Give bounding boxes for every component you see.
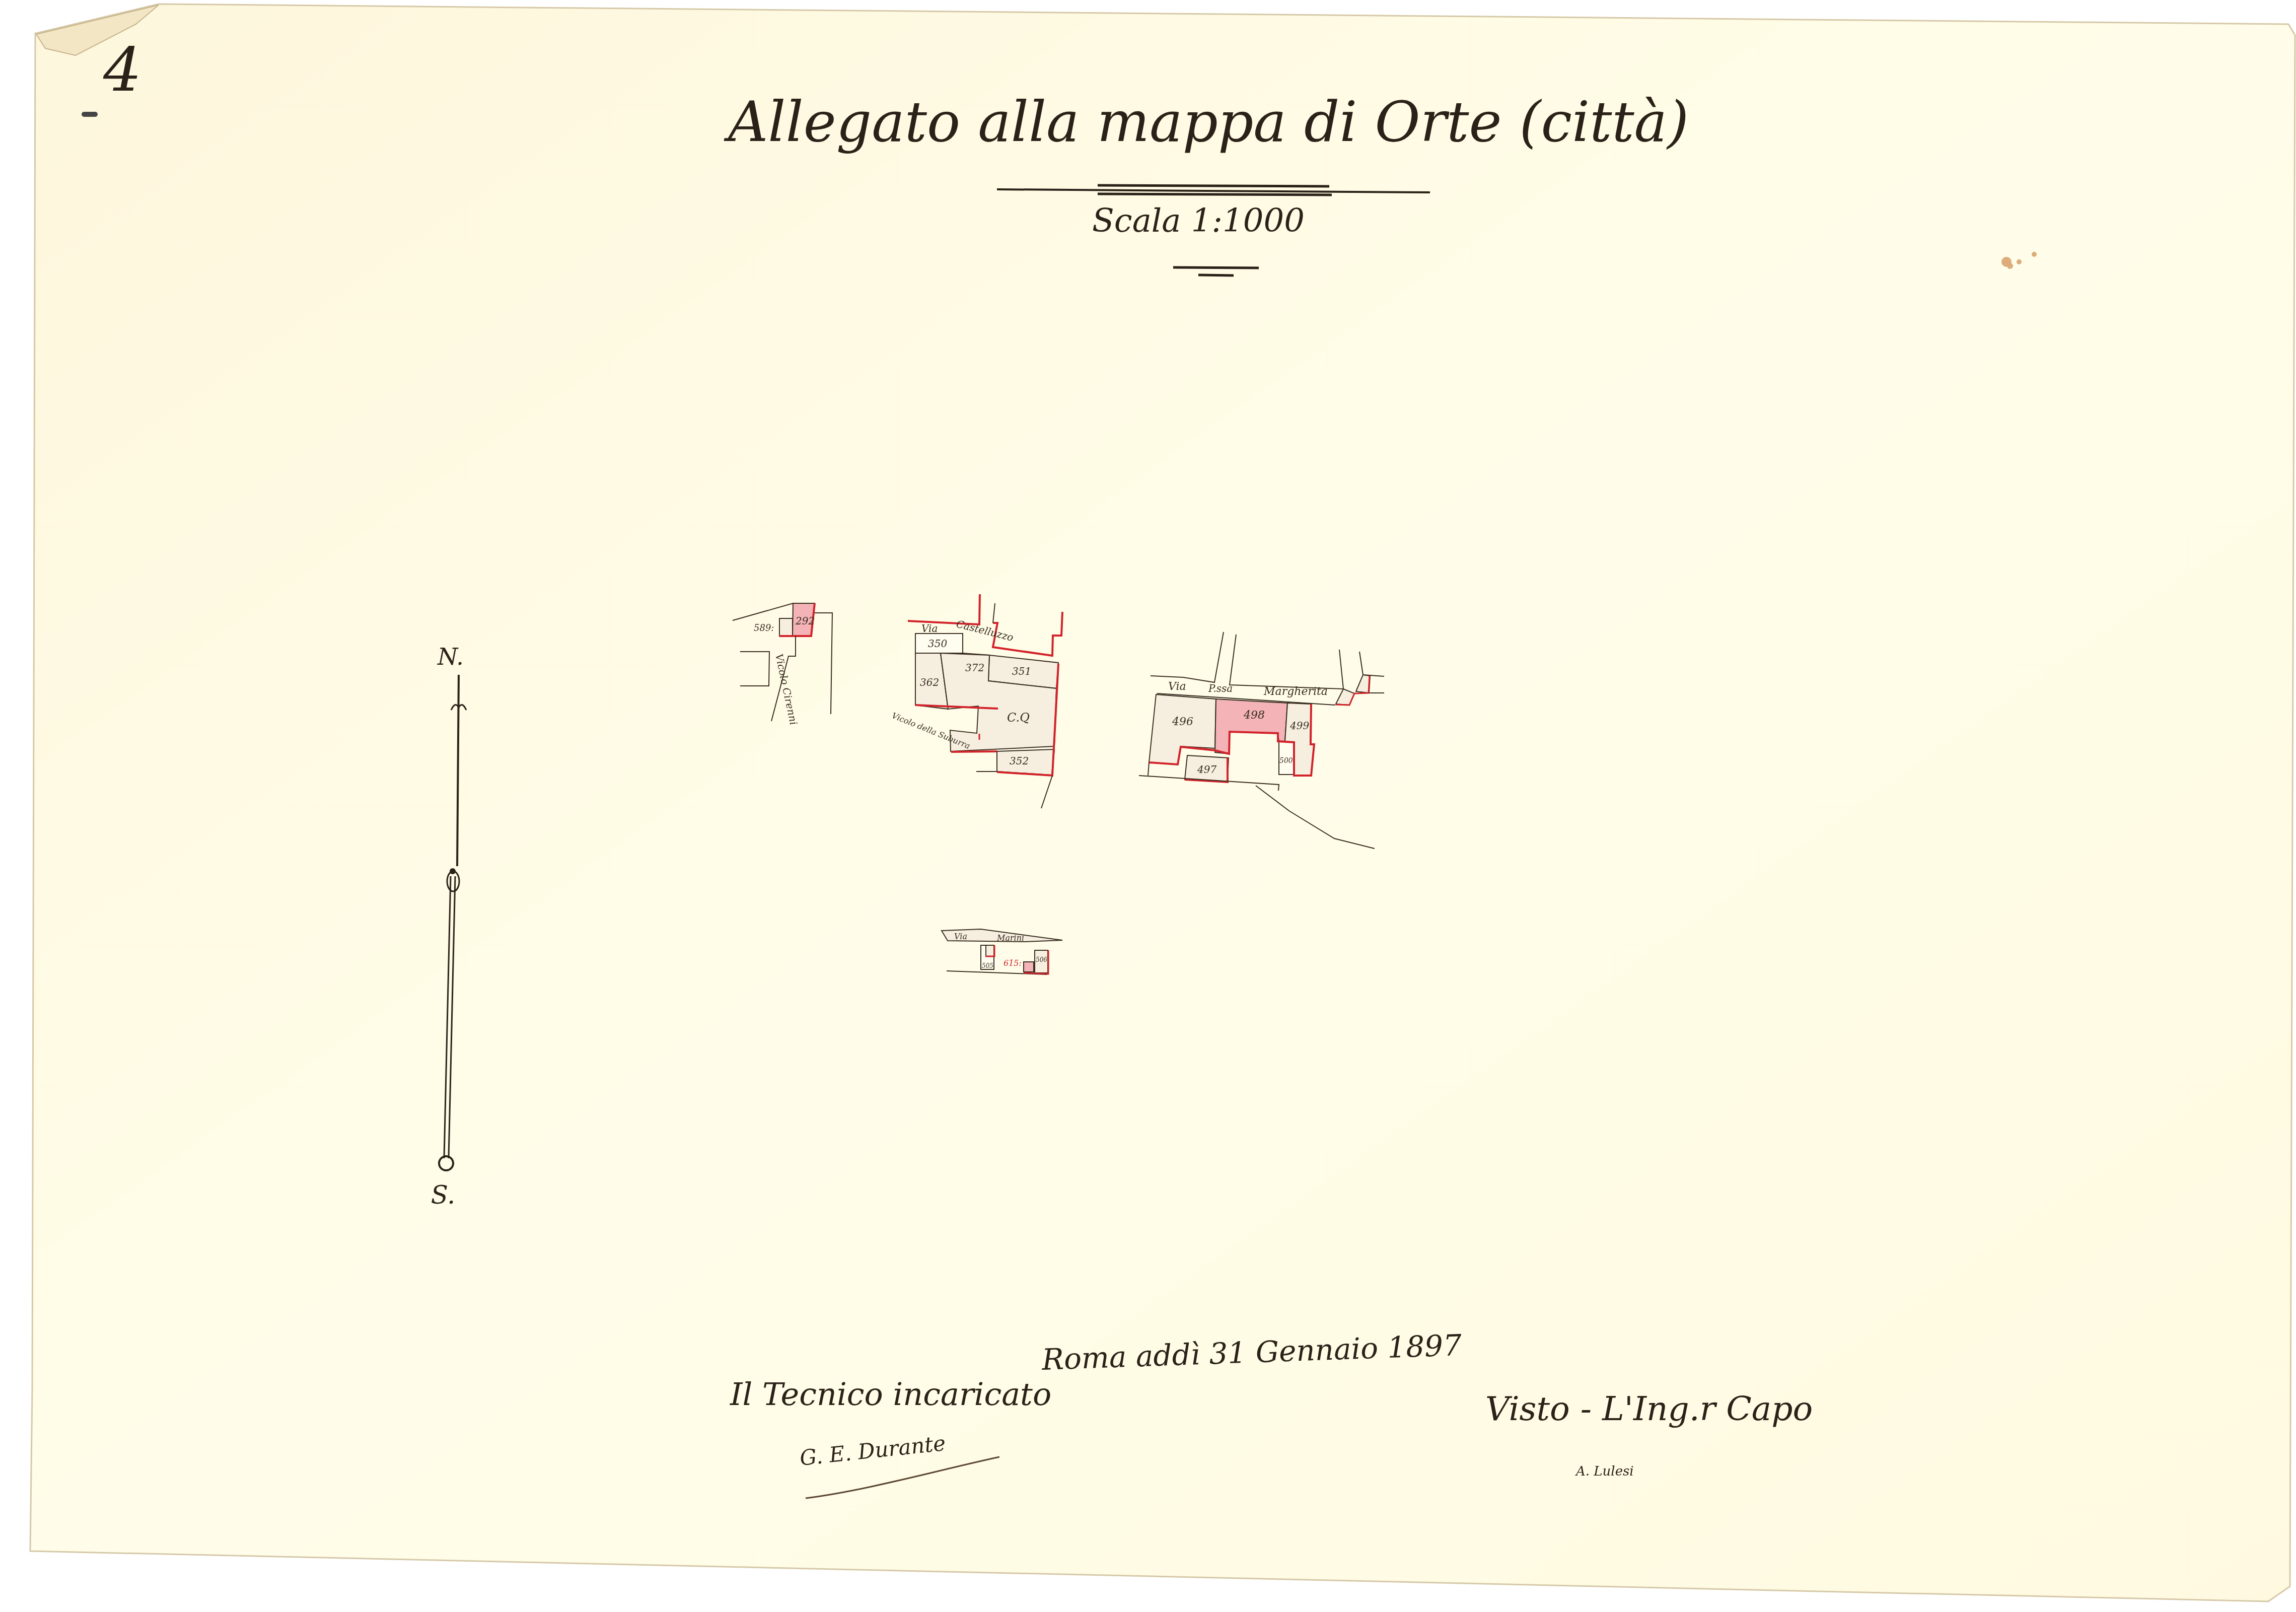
- street-label-via-4: Via: [954, 932, 967, 941]
- scale-label: Scala 1:1000: [1092, 202, 1305, 240]
- approval-label: Visto - L'Ing.r Capo: [1485, 1389, 1813, 1428]
- parcel-label-500: 500: [1279, 757, 1293, 765]
- street-label-pssa: P.ssa: [1208, 682, 1233, 694]
- street-label-margherita: Margherita: [1263, 685, 1328, 698]
- street-label-via-3: Via: [1168, 680, 1186, 693]
- parcel-label-498: 498: [1243, 709, 1265, 722]
- north-label: N.: [437, 643, 464, 670]
- parcel-label-292: 292: [795, 615, 815, 627]
- parcel-label-497: 497: [1197, 763, 1216, 776]
- map-canvas: 4 Allegato alla mappa di Orte (città) Sc…: [0, 0, 2296, 1612]
- street-label-marini: Marini: [996, 933, 1024, 943]
- technician-label: Il Tecnico incaricato: [730, 1376, 1051, 1413]
- parcel-615[interactable]: [1024, 962, 1034, 972]
- parcel-589[interactable]: [779, 618, 793, 636]
- parcel-label-cq: C.Q: [1007, 711, 1030, 725]
- south-label: S.: [431, 1180, 455, 1210]
- parcel-label-589: 589:: [754, 623, 774, 634]
- parcel-505-inner: [986, 945, 994, 956]
- sheet-number: 4: [103, 35, 141, 105]
- parcel-label-615: 615:: [1003, 958, 1022, 968]
- parcel-label-505: 505: [982, 962, 993, 969]
- chief-signature: A. Lulesi: [1575, 1464, 1634, 1479]
- parcel-label-372: 372: [965, 662, 984, 674]
- street-label-via: Via: [921, 622, 938, 635]
- parcel-label-496: 496: [1172, 716, 1193, 728]
- parcel-label-352: 352: [1010, 755, 1029, 767]
- parcel-label-506: 506: [1036, 956, 1047, 963]
- parcel-label-351: 351: [1012, 665, 1031, 677]
- map-sheet: 4 Allegato alla mappa di Orte (città) Sc…: [0, 0, 2296, 1612]
- parcel-label-499: 499: [1289, 720, 1309, 732]
- document-title: Allegato alla mappa di Orte (città): [724, 90, 1689, 154]
- ink-mark: [82, 112, 98, 117]
- parcel-label-362: 362: [920, 676, 939, 688]
- parcel-label-350: 350: [928, 638, 947, 650]
